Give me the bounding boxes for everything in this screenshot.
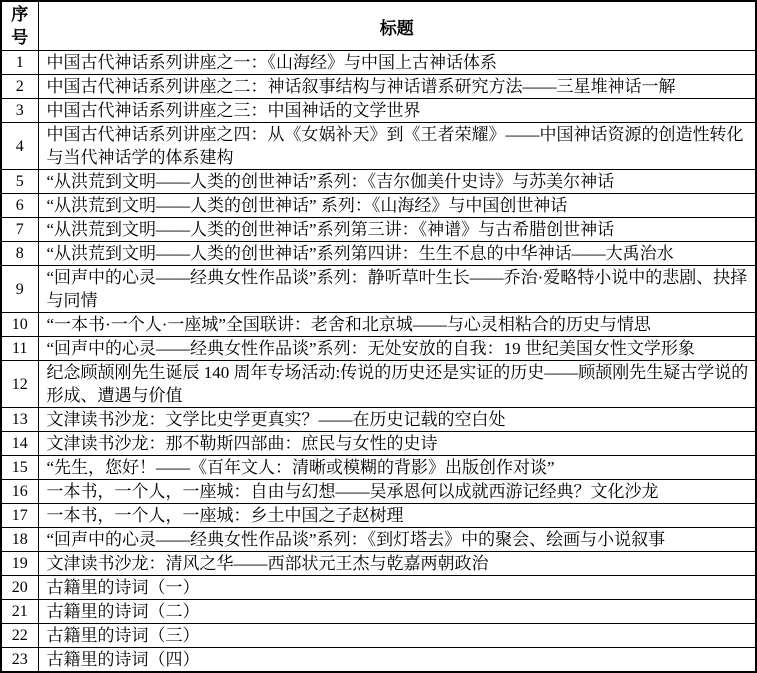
row-title: “回声中的心灵——经典女性作品谈”系列：《到灯塔去》中的聚会、绘画与小说叙事: [38, 528, 756, 552]
table-row: 20 古籍里的诗词（一）: [1, 576, 756, 600]
row-title: 中国古代神话系列讲座之三：中国神话的文学世界: [38, 99, 756, 123]
row-number: 23: [1, 648, 38, 673]
row-title: 文津读书沙龙：清风之华——西部状元王杰与乾嘉两朝政治: [38, 552, 756, 576]
row-number: 7: [1, 218, 38, 242]
table-body: 1 中国古代神话系列讲座之一：《山海经》与中国上古神话体系 2 中国古代神话系列…: [1, 51, 756, 673]
row-title: “从洪荒到文明——人类的创世神话”系列：《吉尔伽美什史诗》与苏美尔神话: [38, 170, 756, 194]
row-number: 2: [1, 75, 38, 99]
row-title: “一本书·一个人·一座城”全国联讲：老舍和北京城——与心灵相粘合的历史与情思: [38, 313, 756, 337]
row-title: “从洪荒到文明——人类的创世神话”系列第四讲：生生不息的中华神话——大禹治水: [38, 242, 756, 266]
table-row: 8 “从洪荒到文明——人类的创世神话”系列第四讲：生生不息的中华神话——大禹治水: [1, 242, 756, 266]
row-number: 21: [1, 600, 38, 624]
row-title: “回声中的心灵——经典女性作品谈”系列：静听草叶生长——乔治·爱略特小说中的悲剧…: [38, 266, 756, 313]
row-title: 古籍里的诗词（四）: [38, 648, 756, 673]
row-title: 文津读书沙龙：文学比史学更真实？——在历史记载的空白处: [38, 408, 756, 432]
row-number: 3: [1, 99, 38, 123]
header-cell-title: 标题: [38, 1, 756, 51]
events-table: 序号 标题 1 中国古代神话系列讲座之一：《山海经》与中国上古神话体系 2 中国…: [0, 0, 757, 673]
row-number: 20: [1, 576, 38, 600]
row-number: 4: [1, 123, 38, 170]
row-number: 19: [1, 552, 38, 576]
row-title: 纪念顾颉刚先生诞辰 140 周年专场活动:传说的历史还是实证的历史——顾颉刚先生…: [38, 361, 756, 408]
table-row: 14 文津读书沙龙：那不勒斯四部曲：庶民与女性的史诗: [1, 432, 756, 456]
table-row: 9 “回声中的心灵——经典女性作品谈”系列：静听草叶生长——乔治·爱略特小说中的…: [1, 266, 756, 313]
row-title: “从洪荒到文明——人类的创世神话” 系列：《山海经》与中国创世神话: [38, 194, 756, 218]
row-number: 18: [1, 528, 38, 552]
row-title: 一本书，一个人，一座城：乡土中国之子赵树理: [38, 504, 756, 528]
row-title: “先生，您好！——《百年文人：清晰或模糊的背影》出版创作对谈”: [38, 456, 756, 480]
header-row: 序号 标题: [1, 1, 756, 51]
table-row: 11 “回声中的心灵——经典女性作品谈”系列：无处安放的自我：19 世纪美国女性…: [1, 337, 756, 361]
table-row: 3 中国古代神话系列讲座之三：中国神话的文学世界: [1, 99, 756, 123]
table-row: 19 文津读书沙龙：清风之华——西部状元王杰与乾嘉两朝政治: [1, 552, 756, 576]
row-number: 5: [1, 170, 38, 194]
row-number: 11: [1, 337, 38, 361]
table-row: 15 “先生，您好！——《百年文人：清晰或模糊的背影》出版创作对谈”: [1, 456, 756, 480]
table-row: 12 纪念顾颉刚先生诞辰 140 周年专场活动:传说的历史还是实证的历史——顾颉…: [1, 361, 756, 408]
row-title: 文津读书沙龙：那不勒斯四部曲：庶民与女性的史诗: [38, 432, 756, 456]
row-number: 1: [1, 51, 38, 75]
row-number: 14: [1, 432, 38, 456]
table-row: 10 “一本书·一个人·一座城”全国联讲：老舍和北京城——与心灵相粘合的历史与情…: [1, 313, 756, 337]
row-number: 13: [1, 408, 38, 432]
row-number: 9: [1, 266, 38, 313]
table-row: 21 古籍里的诗词（二）: [1, 600, 756, 624]
row-title: 中国古代神话系列讲座之二：神话叙事结构与神话谱系研究方法——三星堆神话一解: [38, 75, 756, 99]
row-title: 古籍里的诗词（三）: [38, 624, 756, 648]
row-title: 古籍里的诗词（一）: [38, 576, 756, 600]
row-number: 22: [1, 624, 38, 648]
table-row: 4 中国古代神话系列讲座之四：从《女娲补天》到《王者荣耀》——中国神话资源的创造…: [1, 123, 756, 170]
table-row: 17 一本书，一个人，一座城：乡土中国之子赵树理: [1, 504, 756, 528]
row-number: 12: [1, 361, 38, 408]
header-number-label: 序号: [11, 3, 28, 49]
table-row: 7 “从洪荒到文明——人类的创世神话”系列第三讲：《神谱》与古希腊创世神话: [1, 218, 756, 242]
row-number: 17: [1, 504, 38, 528]
row-title: 古籍里的诗词（二）: [38, 600, 756, 624]
row-number: 6: [1, 194, 38, 218]
row-title: 中国古代神话系列讲座之四：从《女娲补天》到《王者荣耀》——中国神话资源的创造性转…: [38, 123, 756, 170]
header-cell-number: 序号: [1, 1, 38, 51]
table-row: 23 古籍里的诗词（四）: [1, 648, 756, 673]
table-row: 2 中国古代神话系列讲座之二：神话叙事结构与神话谱系研究方法——三星堆神话一解: [1, 75, 756, 99]
row-number: 8: [1, 242, 38, 266]
table-row: 16 一本书，一个人，一座城：自由与幻想——吴承恩何以成就西游记经典？文化沙龙: [1, 480, 756, 504]
row-number: 16: [1, 480, 38, 504]
table-row: 18 “回声中的心灵——经典女性作品谈”系列：《到灯塔去》中的聚会、绘画与小说叙…: [1, 528, 756, 552]
table-row: 1 中国古代神话系列讲座之一：《山海经》与中国上古神话体系: [1, 51, 756, 75]
row-number: 10: [1, 313, 38, 337]
table-row: 5 “从洪荒到文明——人类的创世神话”系列：《吉尔伽美什史诗》与苏美尔神话: [1, 170, 756, 194]
row-title: “回声中的心灵——经典女性作品谈”系列：无处安放的自我：19 世纪美国女性文学形…: [38, 337, 756, 361]
table-row: 22 古籍里的诗词（三）: [1, 624, 756, 648]
row-title: “从洪荒到文明——人类的创世神话”系列第三讲：《神谱》与古希腊创世神话: [38, 218, 756, 242]
row-title: 一本书，一个人，一座城：自由与幻想——吴承恩何以成就西游记经典？文化沙龙: [38, 480, 756, 504]
table-row: 13 文津读书沙龙：文学比史学更真实？——在历史记载的空白处: [1, 408, 756, 432]
row-title: 中国古代神话系列讲座之一：《山海经》与中国上古神话体系: [38, 51, 756, 75]
table-row: 6 “从洪荒到文明——人类的创世神话” 系列：《山海经》与中国创世神话: [1, 194, 756, 218]
row-number: 15: [1, 456, 38, 480]
